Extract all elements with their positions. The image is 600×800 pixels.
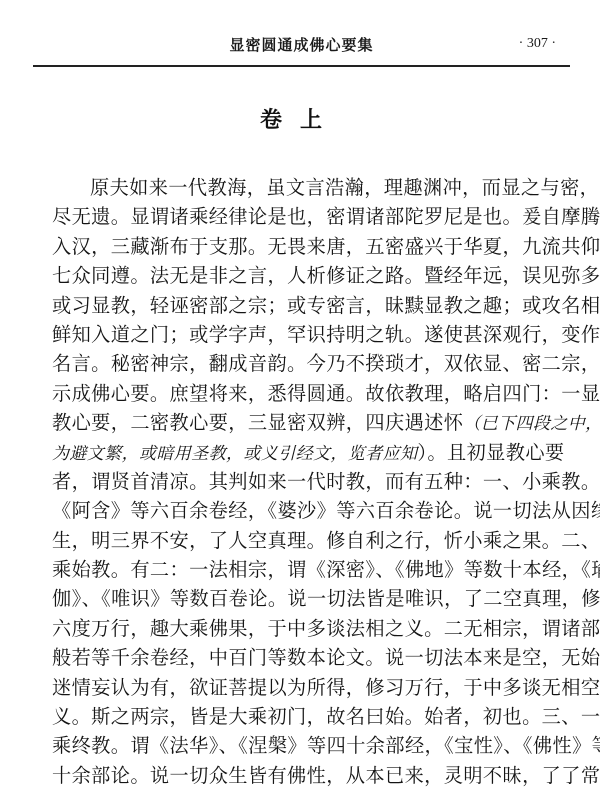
text-line: 生，明三界不安，了人空真理。修自利之行，忻小乘之果。二、大 [52,526,562,555]
text-line: 名言。秘密神宗，翻成音韵。今乃不揆琐才，双依显、密二宗，略 [52,349,562,378]
page-number: · 307 · [519,36,556,52]
text-line: 鲜知入道之门；或学字声，罕识持明之轨。遂使甚深观行，变作 [52,320,562,349]
header-rule [33,65,570,67]
text-line: 尽无遗。显谓诸乘经律论是也，密谓诸部陀罗尼是也。爰自摩腾 [52,202,562,231]
text-line: 伽》、《唯识》等数百卷论。说一切法皆是唯识，了二空真理，修 [52,584,562,613]
text-line: 七众同遵。法无是非之言，人析修证之路。暨经年远，误见弥多。 [52,261,562,290]
text-line: 教心要，二密教心要，三显密双辨，四庆遇述怀（已下四段之中， [52,408,562,437]
running-title: 显密圆通成佛心要集 [33,34,570,55]
text-line: 原夫如来一代教海，虽文言浩瀚，理趣渊冲，而显之与密，统 [52,173,562,202]
text-line: 十余部论。说一切众生皆有佛性，从本已来，灵明不昧，了了常 [52,761,562,790]
text-line: 示成佛心要。庶望将来，悉得圆通。故依教理，略启四门：一显 [52,379,562,408]
text-line: 乘始教。有二：一法相宗，谓《深密》、《佛地》等数十本经，《瑜 [52,555,562,584]
text-segment: 教心要，二密教心要，三显密双辨，四庆遇述怀 [52,411,463,434]
text-line: 为避文繁，或暗用圣教，或义引经文，览者应知）。且初显教心要 [52,438,562,467]
text-line: 迷情妄认为有，欲证菩提以为所得，修习万行，于中多谈无相空 [52,673,562,702]
text-segment: ）。且初显教心要 [417,441,564,464]
text-line: 入汉，三藏渐布于支那。无畏来唐，五密盛兴于华夏，九流共仰， [52,232,562,261]
annotation-note: 为避文繁，或暗用圣教，或义引经文，览者应知 [52,444,417,464]
text-line: 者，谓贤首清凉。其判如来一代时教，而有五种：一、小乘教。谓 [52,467,562,496]
chapter-title: 卷上 [0,103,600,134]
body-text: 原夫如来一代教海，虽文言浩瀚，理趣渊冲，而显之与密，统 尽无遗。显谓诸乘经律论是… [52,173,562,790]
text-line: 乘终教。谓《法华》、《涅槃》等四十余部经，《宝性》、《佛性》等 [52,731,562,760]
text-line: 或习显教，轻诬密部之宗；或专密言，昧黩显教之趣；或攻名相， [52,291,562,320]
text-line: 六度万行，趣大乘佛果，于中多谈法相之义。二无相宗，谓诸部 [52,614,562,643]
text-line: 般若等千余卷经，中百门等数本论文。说一切法本来是空，无始 [52,643,562,672]
text-line: 《阿含》等六百余卷经，《婆沙》等六百余卷论。说一切法从因缘 [52,496,562,525]
page-header: 显密圆通成佛心要集 · 307 · [33,30,570,66]
annotation-note: （已下四段之中， [463,414,600,434]
text-line: 义。斯之两宗，皆是大乘初门，故名曰始。始者，初也。三、一 [52,702,562,731]
